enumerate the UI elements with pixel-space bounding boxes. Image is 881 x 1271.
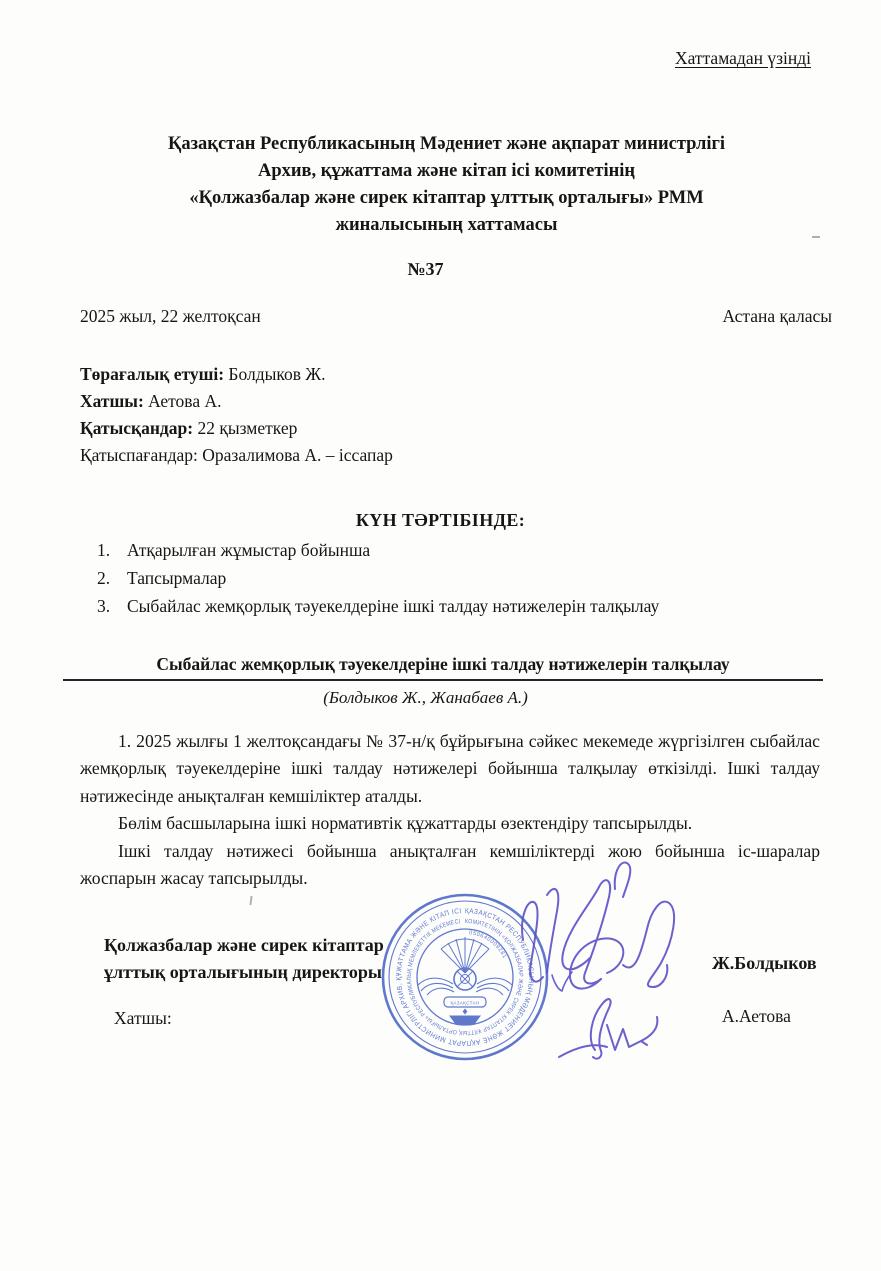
attended-label: Қатысқандар: [80,418,193,438]
participant-row-secretary: Хатшы: Аетова А. [80,388,821,415]
director-signature-ink [522,862,674,988]
agenda-heading: КҮН ТӘРТІБІНДЕ: [0,510,881,531]
agenda-item-1-text: Атқарылған жұмыстар бойынша [127,536,370,564]
scanned-protocol-page: Хаттамадан үзінді Қазақстан Республикасы… [0,0,881,1271]
attended-value: 22 қызметкер [197,418,297,438]
participant-row-absent: Қатыспағандар: Оразалимова А. – іссапар [80,442,821,469]
title-line-2: Архив, құжаттама және кітап ісі комитеті… [70,158,823,185]
scan-dash [812,236,820,238]
agenda-item-3-number: 3. [97,592,127,620]
title-line-1: Қазақстан Республикасының Мәдениет және … [70,131,823,158]
chair-label: Төрағалық етуші: [80,364,224,384]
body-paragraph-2: Бөлім басшыларына ішкі нормативтік құжат… [80,810,820,837]
check-mark-ink [552,972,572,991]
agenda-item-2-text: Тапсырмалар [127,564,226,592]
participants-block: Төрағалық етуші: Болдыков Ж. Хатшы: Аето… [80,361,821,469]
agenda-item-2: 2. Тапсырмалар [97,564,826,592]
title-line-3: «Қолжазбалар және сирек кітаптар ұлттық … [70,185,823,212]
stamp-banner-text: ҚАЗАҚСТАН [450,1001,479,1006]
secretary-label: Хатшы: [80,391,144,411]
absent-label: Қатыспағандар: [80,445,198,465]
agenda-list: 1. Атқарылған жұмыстар бойынша 2. Тапсыр… [97,536,826,620]
agenda-item-3-text: Сыбайлас жемқорлық тәуекелдеріне ішкі та… [127,592,659,620]
corner-note: Хаттамадан үзінді [675,48,811,69]
secretary-signature-ink [559,999,657,1058]
participant-row-chair: Төрағалық етуші: Болдыков Ж. [80,361,821,388]
absent-value: Оразалимова А. – іссапар [202,445,393,465]
scan-speck [249,896,252,905]
handwritten-signatures [495,845,835,1080]
section-speakers: (Болдыков Ж., Жанабаев А.) [0,688,851,708]
secretary-value: Аетова А. [148,391,221,411]
title-line-4: жиналысының хаттамасы [70,212,823,239]
agenda-item-3: 3. Сыбайлас жемқорлық тәуекелдеріне ішкі… [97,592,826,620]
protocol-number: №37 [0,259,851,280]
chair-value: Болдыков Ж. [228,364,325,384]
protocol-date: 2025 жыл, 22 желтоқсан [80,306,261,327]
agenda-item-2-number: 2. [97,564,127,592]
dateline: 2025 жыл, 22 желтоқсан Астана қаласы [80,306,832,327]
participant-row-attended: Қатысқандар: 22 қызметкер [80,415,821,442]
section-heading: Сыбайлас жемқорлық тәуекелдеріне ішкі та… [63,654,823,681]
body-paragraph-1: 1. 2025 жылғы 1 желтоқсандағы № 37-н/қ б… [80,728,820,810]
agenda-item-1: 1. Атқарылған жұмыстар бойынша [97,536,826,564]
document-title: Қазақстан Республикасының Мәдениет және … [70,131,823,239]
protocol-city: Астана қаласы [722,306,832,327]
agenda-item-1-number: 1. [97,536,127,564]
secretary-signature-label: Хатшы: [114,1008,172,1029]
